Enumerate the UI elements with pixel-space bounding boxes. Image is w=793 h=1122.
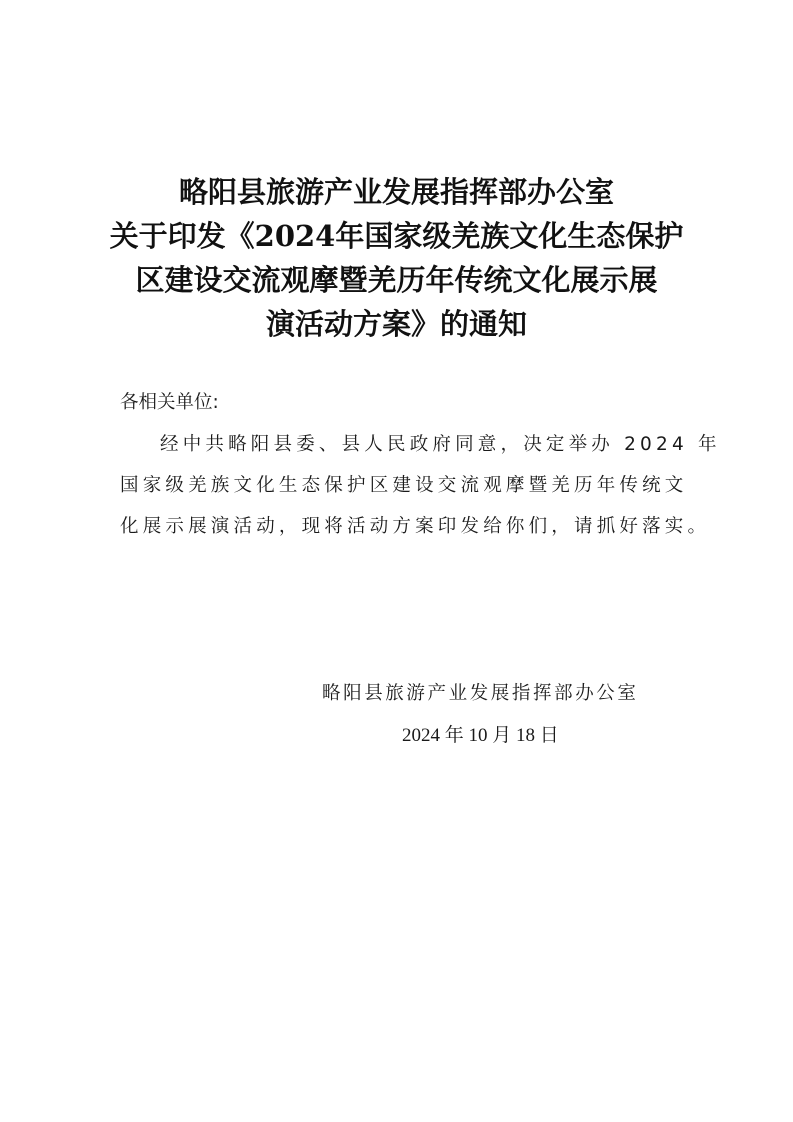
signature-date: 2024 年 10 月 18 日 — [402, 720, 559, 747]
title-line: 区建设交流观摩暨羌历年传统文化展示展 — [0, 258, 793, 302]
title-line: 关于印发《2024年国家级羌族文化生态保护 — [0, 214, 793, 258]
document-title: 略阳县旅游产业发展指挥部办公室 关于印发《2024年国家级羌族文化生态保护 区建… — [0, 170, 793, 346]
salutation: 各相关单位: — [120, 388, 680, 414]
body-line: 国家级羌族文化生态保护区建设交流观摩暨羌历年传统文 — [120, 465, 680, 506]
document-page: 略阳县旅游产业发展指挥部办公室 关于印发《2024年国家级羌族文化生态保护 区建… — [0, 0, 793, 1122]
body-line: 化展示展演活动，现将活动方案印发给你们，请抓好落实。 — [120, 506, 680, 547]
title-line: 演活动方案》的通知 — [0, 302, 793, 346]
body-paragraph: 经中共略阳县委、县人民政府同意，决定举办 2024 年 国家级羌族文化生态保护区… — [120, 424, 680, 547]
title-line: 略阳县旅游产业发展指挥部办公室 — [0, 170, 793, 214]
body-line: 经中共略阳县委、县人民政府同意，决定举办 2024 年 — [120, 424, 680, 465]
signature-organization: 略阳县旅游产业发展指挥部办公室 — [322, 679, 639, 705]
